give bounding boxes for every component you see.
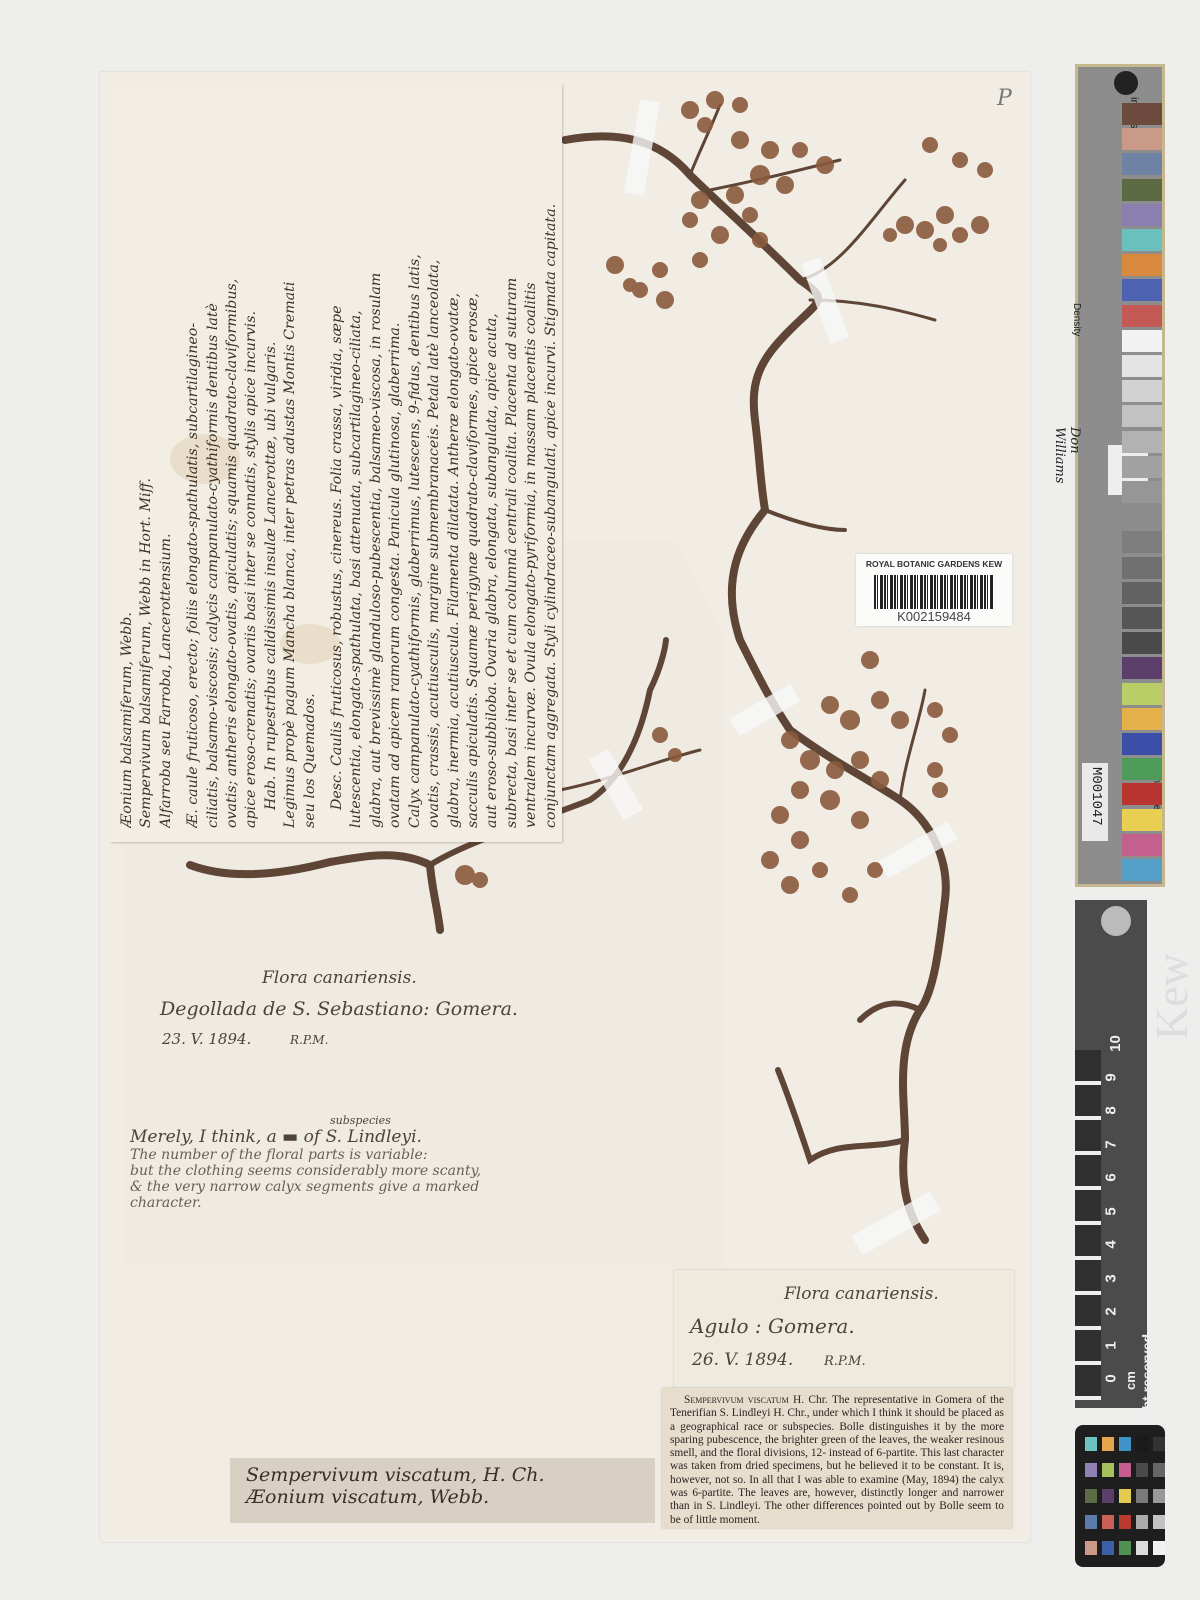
label-line: Sempervivum balsamiferum, Webb in Hort. … [137,98,156,828]
note-line: character. [130,1195,610,1211]
collection-label-2: Flora canariensis. Agulo : Gomera. 26. V… [674,1270,1014,1390]
collection-2-locality: Agulo : Gomera. [690,1314,855,1338]
label-line: Legimus propè pagum Mancha blanca, inter… [281,98,300,828]
color-patch [1122,254,1162,276]
color-patch [1122,305,1162,327]
barcode-icon [874,575,994,609]
color-patch [1122,204,1162,226]
density-label: Density [1071,303,1082,336]
color-patch [1122,179,1162,201]
checker-cell [1102,1489,1114,1503]
color-checker-card [1075,1425,1165,1567]
label-line: apice eroso-crenatis; ovariis basi inter… [242,98,261,828]
latin-text: Æonium balsamiferum, Webb. Sempervivum b… [110,84,562,842]
color-patch [1122,380,1162,402]
color-patch [1122,657,1162,679]
note-line: & the very narrow calyx segments give a … [130,1179,610,1195]
color-patch [1122,758,1162,780]
color-density-strip: inches Density Don Williams M001047 cent… [1075,64,1165,887]
color-patch [1122,279,1162,301]
label-line: Alfarroba seu Farroba, Lancerottensium. [157,98,176,828]
scale-tick: 7 [1103,1140,1120,1148]
scale-tick: 2 [1103,1307,1120,1315]
checker-cell [1153,1541,1165,1555]
color-patch [1122,456,1162,478]
color-patch [1122,481,1162,503]
checker-cell [1119,1541,1131,1555]
label-line: Æ. caule fruticoso, erecto; foliis elong… [184,98,203,828]
label-line: ventralem incurvæ. Ovula elongato-pyrifo… [522,98,541,828]
color-patch [1122,733,1162,755]
clipping-heading: Sempervivum viscatum [670,1394,789,1406]
checker-cell [1085,1541,1097,1555]
checker-cell [1119,1515,1131,1529]
collection-1-locality: Degollada de S. Sebastiano: Gomera. [160,998,518,1020]
determination-label: Sempervivum viscatum, H. Ch. Æonium visc… [230,1458,655,1523]
color-patch [1122,103,1162,125]
label-line: conjunctam aggregata. Styli cylindraceo-… [542,98,561,828]
label-line: Obs. Hæc species est Æonii cetoris aliqu… [561,98,562,828]
kew-scale-bar: Kew copyright reserved cm 012345678910 [1075,900,1147,1408]
strip-id-box: M001047 [1082,763,1108,841]
label-line: ciliatis, balsamo-viscosis; calycis camp… [204,98,223,828]
color-patch [1122,506,1162,528]
color-patch [1122,557,1162,579]
color-patch [1122,531,1162,553]
collection-1-collector: R.P.M. [290,1033,328,1047]
checker-cell [1153,1437,1165,1451]
color-patch [1122,708,1162,730]
strip-brand: Don Williams [1052,427,1082,507]
label-line: ovatam ad apicem ramorum congesta. Panic… [386,98,405,828]
checker-cell [1085,1489,1097,1503]
color-patch [1122,229,1162,251]
color-patch [1122,607,1162,629]
kew-crest-icon [1101,906,1131,936]
printed-clipping: Sempervivum viscatum H. Chr. The represe… [662,1388,1012,1528]
collection-2-collector: R.P.M. [824,1354,866,1369]
color-patch [1122,783,1162,805]
collection-1-date: 23. V. 1894. [162,1030,251,1048]
checker-cell [1136,1515,1148,1529]
checker-cell [1085,1515,1097,1529]
color-patch [1122,128,1162,150]
checker-cell [1119,1437,1131,1451]
barcode-number: K002159484 [856,609,1012,624]
label-line: subrecta, basi inter se et cum columnâ c… [503,98,522,828]
scale-tick: 9 [1103,1073,1120,1081]
label-line: Æonium balsamiferum, Webb. [118,98,137,828]
determination-line-1: Sempervivum viscatum, H. Ch. [246,1464,639,1486]
color-patch [1122,153,1162,175]
label-line: Desc. Caulis fruticosus, robustus, ciner… [328,98,347,828]
collection-2-title: Flora canariensis. [784,1284,939,1304]
color-patch [1122,431,1162,453]
checker-cell [1102,1437,1114,1451]
kew-logo: Kew [1145,953,1198,1040]
checker-cell [1102,1463,1114,1477]
scale-tick: 0 [1103,1374,1120,1382]
scale-tick: 4 [1103,1240,1120,1248]
color-patch [1122,683,1162,705]
note-line: Merely, I think, a ▬ of S. Lindleyi. [130,1127,610,1147]
checker-cell [1153,1489,1165,1503]
cm-scale [1075,1050,1101,1400]
collection-2-date: 26. V. 1894. [692,1350,793,1370]
note-line: The number of the floral parts is variab… [130,1147,610,1163]
color-patch [1122,809,1162,831]
checker-cell [1136,1437,1148,1451]
institution-name: ROYAL BOTANIC GARDENS KEW [856,559,1012,569]
color-patch [1122,405,1162,427]
annotation-insertion: subspecies [330,1114,391,1127]
label-line: glabra, inermia, acutiuscula. Filamenta … [445,98,464,828]
label-line: sacculis apiculatis. Squamæ perigynæ qua… [464,98,483,828]
checker-cell [1153,1463,1165,1477]
scale-tick: 8 [1103,1106,1120,1114]
scale-tick: 6 [1103,1173,1120,1181]
label-line: ovatis, crassis, acutiusculis, margine s… [425,98,444,828]
label-line: lutescentia, elongato-spathulata, basi a… [347,98,366,828]
strip-id: M001047 [1088,767,1104,826]
checker-cell [1102,1515,1114,1529]
annotation-note: Merely, I think, a ▬ of S. Lindleyi. The… [130,1127,610,1211]
label-line: aut eroso-subbiloba. Ovaria glabra, elon… [483,98,502,828]
color-patch [1122,859,1162,881]
color-patch [1122,582,1162,604]
checker-cell [1119,1489,1131,1503]
determination-line-2: Æonium viscatum, Webb. [246,1486,639,1508]
label-line: seu los Quemados. [301,98,320,828]
scale-tick: 3 [1103,1274,1120,1282]
label-line: ovatis; antheris elongato-ovatis, apicul… [223,98,242,828]
scale-tick: 5 [1103,1207,1120,1215]
barcode-label: ROYAL BOTANIC GARDENS KEW K002159484 [856,554,1012,626]
checker-cell [1153,1515,1165,1529]
color-patch [1122,632,1162,654]
checker-cell [1136,1489,1148,1503]
checker-cell [1085,1463,1097,1477]
color-patch [1122,834,1162,856]
collection-1-title: Flora canariensis. [262,968,417,988]
color-patch [1122,330,1162,352]
label-line: Calyx campanulato-cyathiformis, glaberri… [406,98,425,828]
clipping-text: H. Chr. The representative in Gomera of … [670,1394,1004,1526]
label-line: glabra, aut brevissimè glanduloso-pubesc… [367,98,386,828]
latin-description-label: Æonium balsamiferum, Webb. Sempervivum b… [110,84,562,842]
scale-tick: 1 [1103,1341,1120,1349]
checker-cell [1102,1541,1114,1555]
checker-cell [1136,1541,1148,1555]
unit-label: cm [1123,1371,1138,1390]
label-line: Hab. In rupestribus calidissimis insulæ … [262,98,281,828]
scale-tick: 10 [1107,1035,1124,1052]
note-line: but the clothing seems considerably more… [130,1163,610,1179]
checker-cell [1119,1463,1131,1477]
checker-cell [1136,1463,1148,1477]
checker-cell [1085,1437,1097,1451]
color-patch [1122,355,1162,377]
registration-dot-icon [1114,71,1138,95]
